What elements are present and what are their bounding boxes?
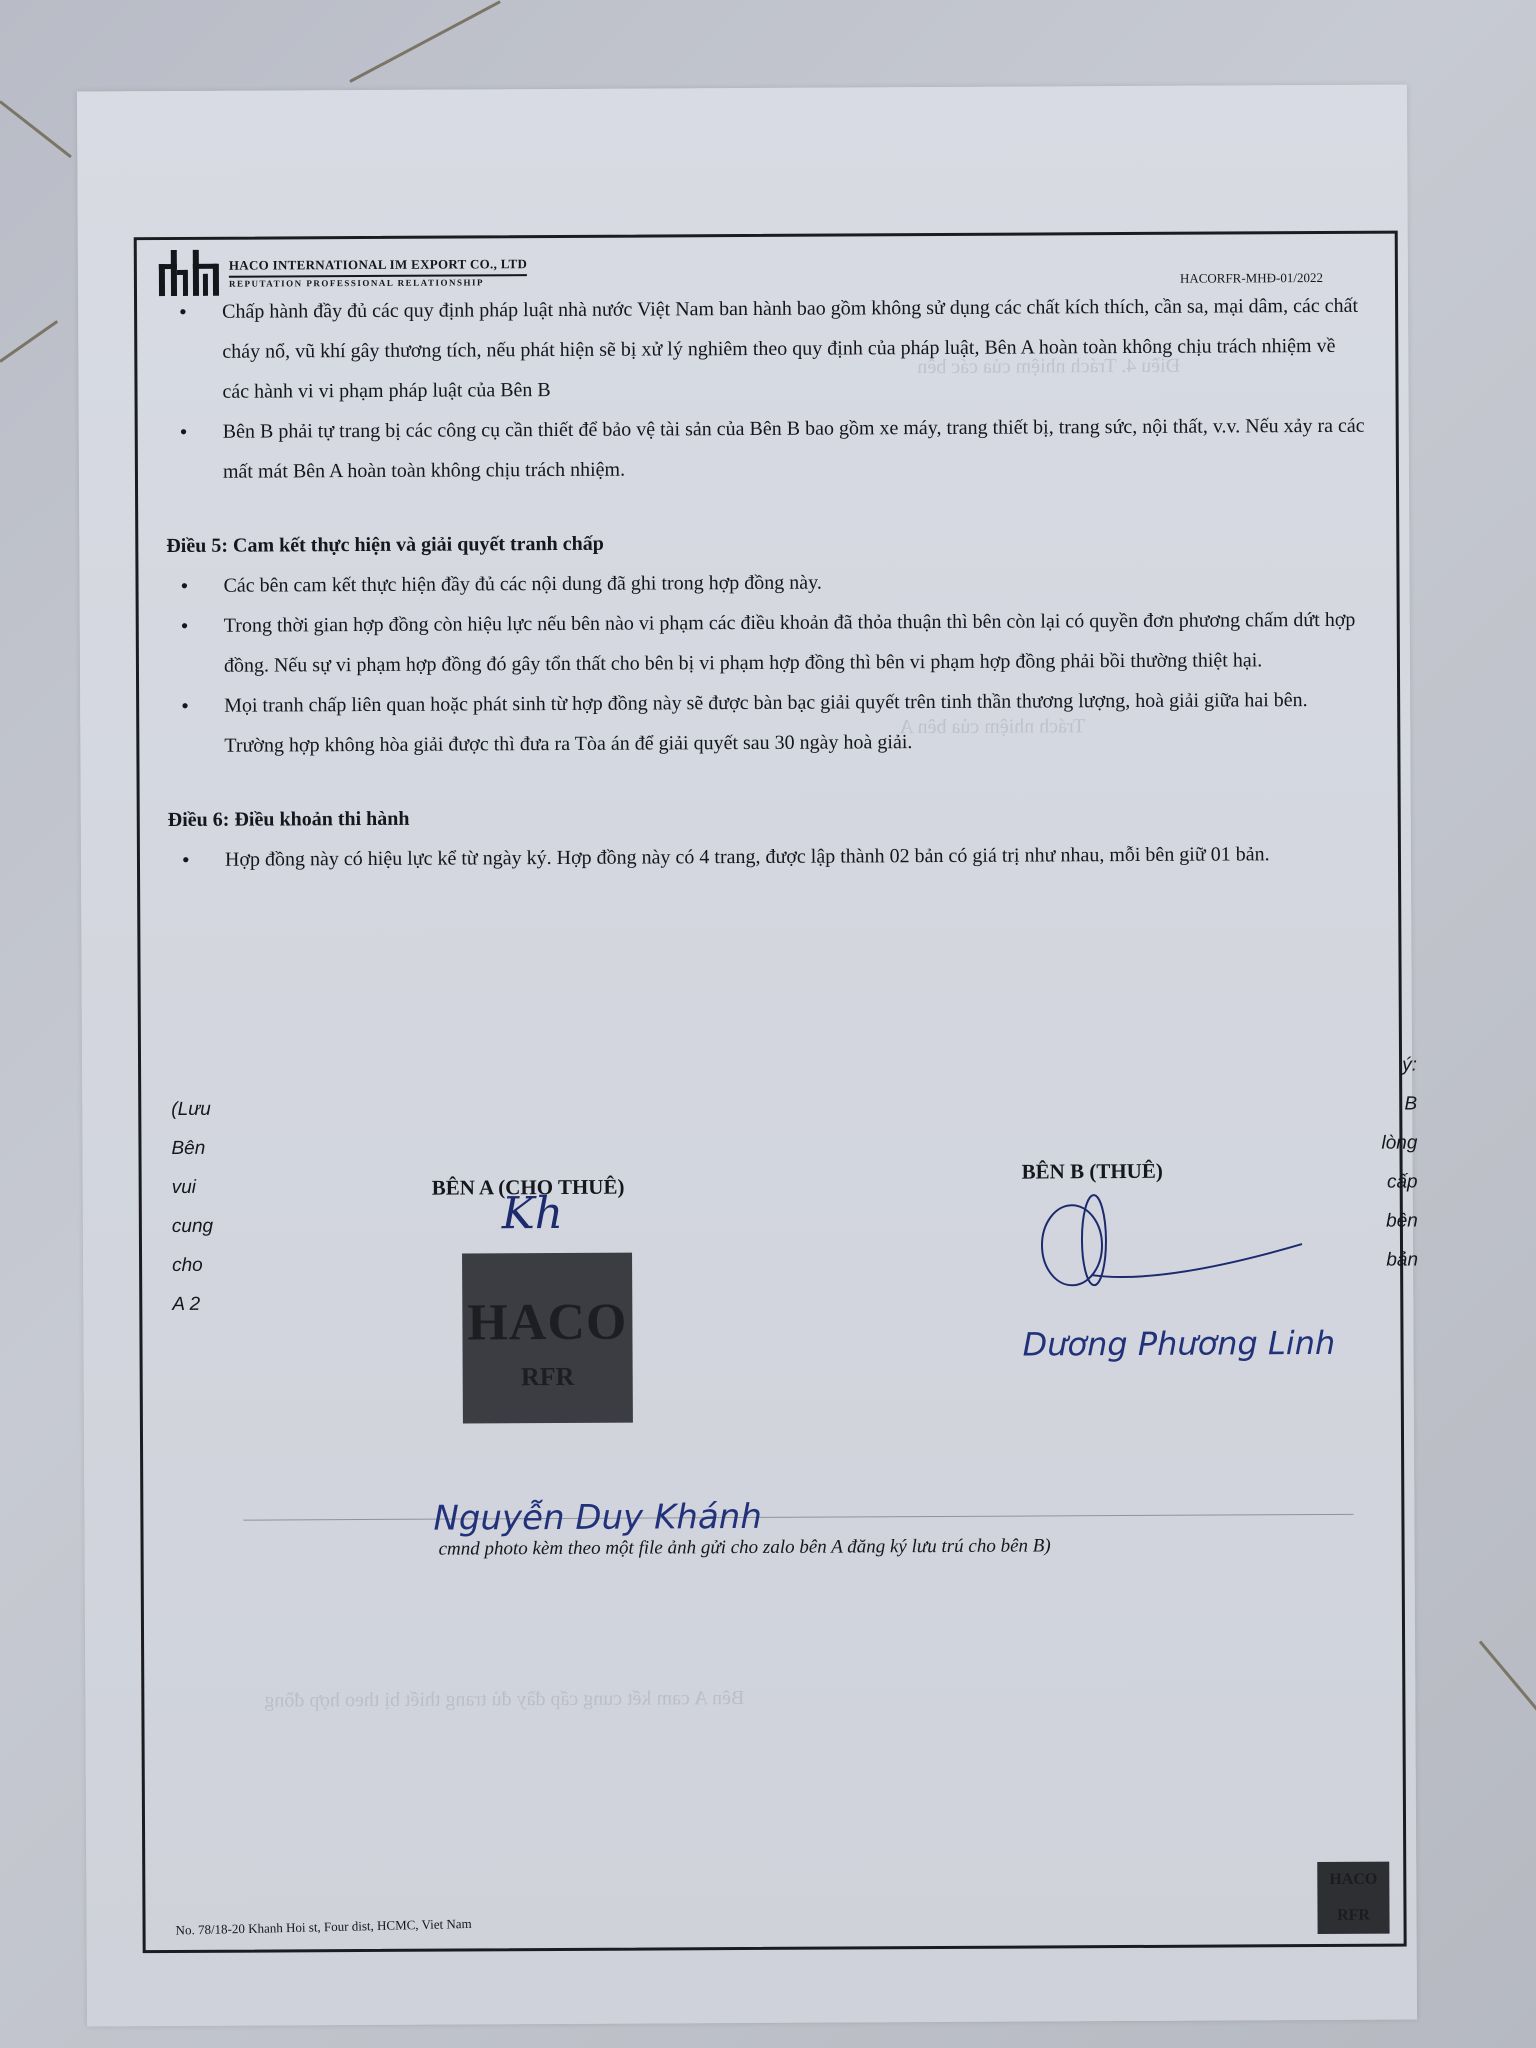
party-a-signature: Kh — [502, 1188, 563, 1239]
party-b-signature-mark — [1022, 1184, 1323, 1306]
party-a-handwritten-name: Nguyễn Duy Khánh — [433, 1497, 762, 1539]
company-tagline: REPUTATION PROFESSIONAL RELATIONSHIP — [229, 277, 527, 289]
section-5-title: Điều 5: Cam kết thực hiện và giải quyết … — [166, 520, 1366, 566]
section-6-title: Điều 6: Điều khoản thi hành — [168, 794, 1368, 840]
list-item: Các bên cam kết thực hiện đầy đủ các nội… — [166, 560, 1366, 606]
footer-address: No. 78/18-20 Khanh Hoi st, Four dist, HC… — [175, 1916, 471, 1939]
company-stamp: HACO RFR — [462, 1253, 633, 1424]
company-logo-icon — [157, 250, 223, 296]
party-b-handwritten-name: Dương Phương Linh — [1022, 1324, 1335, 1364]
floor-tile-seam — [0, 320, 58, 363]
floor-tile-seam — [349, 0, 501, 82]
list-item: Chấp hành đầy đủ các quy định pháp luật … — [165, 286, 1366, 412]
corner-stamp: HACO RFR — [1317, 1862, 1389, 1934]
separator-line — [243, 1514, 1353, 1521]
side-note-right: ý: B lòng cấp bên bản — [1381, 1045, 1418, 1279]
list-item: Trong thời gian hợp đồng còn hiệu lực nế… — [167, 600, 1367, 686]
page-border: Điều 4. Trách nhiệm của các bên Trách nh… — [134, 231, 1407, 1954]
note-text: cmnd photo kèm theo một file ảnh gửi cho… — [439, 1535, 1051, 1560]
list-item: Hợp đồng này có hiệu lực kể từ ngày ký. … — [168, 834, 1368, 880]
floor-tile-seam — [0, 100, 72, 158]
letterhead: HACO INTERNATIONAL IM EXPORT CO., LTD RE… — [157, 248, 528, 296]
list-item: Bên B phải tự trang bị các công cụ cần t… — [166, 406, 1366, 492]
bleed-through-text: Bên A cam kết cung cấp đầy đủ trang thiế… — [264, 1687, 744, 1713]
party-b-title: BÊN B (THUÊ) — [1022, 1159, 1163, 1185]
document-code: HACORFR-MHĐ-01/2022 — [1180, 270, 1323, 287]
contract-page: Điều 4. Trách nhiệm của các bên Trách nh… — [77, 85, 1417, 2027]
side-note-left: (Lưu Bên vui cung cho A 2 — [171, 1090, 213, 1324]
list-item: Mọi tranh chấp liên quan hoặc phát sinh … — [167, 680, 1367, 766]
company-name: HACO INTERNATIONAL IM EXPORT CO., LTD — [229, 256, 527, 278]
floor-tile-seam — [1479, 1641, 1536, 1712]
contract-body: Chấp hành đầy đủ các quy định pháp luật … — [165, 286, 1368, 880]
